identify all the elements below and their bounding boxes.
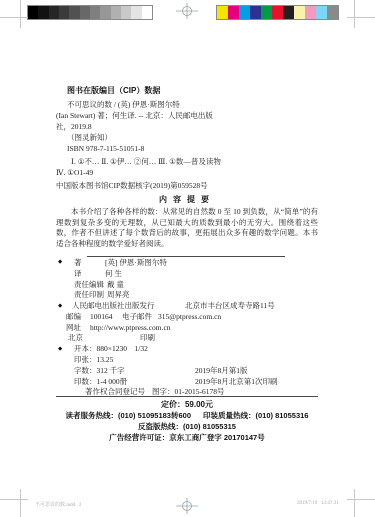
calibration-swatch: [100, 6, 110, 19]
email-label: 电子邮件: [122, 311, 158, 322]
impression: 2019年8月北京第1次印刷: [195, 376, 278, 387]
anti-piracy-hotline: 反盗版热线：(010) 81055315: [28, 421, 346, 432]
calibration-swatch: [90, 6, 100, 19]
website-value: http://www.ptpress.com.cn: [90, 323, 171, 332]
row-translator: 译 何 生: [56, 268, 318, 279]
editor-label: 责任编辑: [74, 279, 107, 290]
format-value: 开本：880×1230 1/32: [74, 343, 148, 354]
print-run: 印数：1-4 000册: [74, 376, 127, 387]
crop-mark: [354, 489, 355, 517]
crop-mark: [20, 489, 21, 517]
row-printrun-impression: 印数：1-4 000册 2019年8月北京第1次印刷: [56, 376, 318, 387]
row-editor: 责任编辑 戴 童: [56, 279, 318, 290]
calibration-swatch: [305, 6, 316, 19]
cip-line-author: (Ian Stewart) 著；何生译. -- 北京：人民邮电出版: [56, 110, 318, 121]
calibration-swatch: [49, 6, 59, 19]
email-value: 315@ptpress.com.cn: [158, 312, 221, 321]
reader-hotline: 读者服务热线：(010) 51095183转600: [66, 411, 191, 420]
calibration-swatch: [121, 6, 131, 19]
cip-block-title: 图书在版编目（CIP）数据: [67, 85, 160, 96]
crop-mark: [20, 0, 21, 28]
diamond-bullet-icon: ◆: [58, 303, 62, 309]
crop-mark: [0, 499, 28, 500]
crop-mark: [354, 0, 355, 28]
hotlines-line: 读者服务热线：(010) 51095183转600印装质量热线：(010) 81…: [28, 410, 346, 421]
row-format: ◆ 开本：880×1230 1/32: [56, 343, 318, 354]
slug-filename: 不可思议的数.indd 2: [35, 501, 81, 508]
colophon-block: ◆ 著 [英] 伊恩·斯图尔特 译 何 生 责任编辑 戴 童 责任印制 周昇亮 …: [56, 257, 318, 397]
calibration-swatch: [250, 6, 261, 19]
author-value: [英] 伊恩·斯图尔特: [105, 257, 167, 268]
calibration-swatch: [142, 6, 152, 19]
publisher-name: 人民邮电出版社出版发行: [72, 300, 155, 311]
website-label: 网址: [66, 322, 90, 333]
grayscale-calibration-bar: [28, 6, 152, 19]
cip-block: 不可思议的数 / (英) 伊恩·斯图尔特 (Ian Stewart) 著；何生译…: [56, 99, 318, 191]
print-city: 北京: [68, 332, 83, 343]
calibration-swatch: [131, 6, 141, 19]
crop-mark: [347, 17, 375, 18]
translator-value: 何 生: [105, 268, 122, 279]
cip-line-series: （图灵新知）: [56, 132, 318, 143]
author-label: 著: [74, 257, 105, 268]
divider: [56, 396, 318, 397]
row-author: ◆ 著 [英] 伊恩·斯图尔特: [56, 257, 318, 268]
calibration-swatch: [69, 6, 79, 19]
word-count: 字数：312 千字: [74, 365, 125, 376]
calibration-swatch: [283, 6, 294, 19]
publisher-address: 北京市丰台区成寿寺路11号: [185, 300, 275, 311]
row-website: 网址 http://www.ptpress.com.cn: [56, 322, 318, 333]
calibration-swatch: [272, 6, 283, 19]
calibration-swatch: [28, 6, 38, 19]
calibration-swatch: [316, 6, 327, 19]
calibration-swatch: [80, 6, 90, 19]
cip-line-record-number: 中国版本图书馆CIP数据核字(2019)第059528号: [56, 180, 318, 191]
print-supervisor-value: 周昇亮: [107, 289, 130, 300]
price: 定价：59.00元: [56, 399, 318, 410]
cip-line-classification: Ⅰ. ①不… Ⅱ. ①伊… ②何… Ⅲ. ①数—普及读物: [56, 156, 318, 167]
quality-hotline: 印装质量热线：(010) 81055316: [203, 411, 308, 420]
row-print-supervisor: 责任印制 周昇亮: [56, 289, 318, 300]
calibration-swatch: [217, 6, 228, 19]
calibration-swatch: [228, 6, 239, 19]
crop-mark: [347, 499, 375, 500]
slug-timestamp: 2019/7/19 13:47:31: [297, 501, 339, 506]
registration-mark-icon: [176, 498, 198, 514]
row-postcode-email: 邮编 100164 电子邮件 315@ptpress.com.cn: [56, 311, 318, 322]
calibration-swatch: [111, 6, 121, 19]
ad-license: 广告经营许可证：京东工商广登字 20170147号: [28, 432, 346, 443]
book-copyright-page: { "print_marks": { "grayscale_bar": ["#0…: [0, 0, 375, 517]
postcode-value: 100164: [90, 312, 122, 321]
sheets-value: 印张：13.25: [74, 354, 113, 365]
color-calibration-bar: [217, 6, 338, 19]
postcode-label: 邮编: [66, 311, 90, 322]
cip-line-class-code: Ⅳ. ①O1-49: [56, 167, 318, 178]
row-wordcount-edition: 字数：312 千字 2019年8月第1版: [56, 365, 318, 376]
calibration-swatch: [239, 6, 250, 19]
print-supervisor-label: 责任印制: [74, 289, 107, 300]
print-word: 印刷: [140, 332, 155, 343]
calibration-swatch: [261, 6, 272, 19]
editor-value: 戴 童: [107, 279, 124, 290]
calibration-swatch: [59, 6, 69, 19]
row-sheets: 印张：13.25: [56, 354, 318, 365]
calibration-swatch: [294, 6, 305, 19]
cip-line-title: 不可思议的数 / (英) 伊恩·斯图尔特: [56, 99, 318, 110]
calibration-swatch: [327, 6, 338, 19]
abstract-title: 内容提要: [56, 194, 318, 205]
cip-line-isbn: ISBN 978-7-115-51051-8: [56, 143, 318, 154]
calibration-swatch: [38, 6, 48, 19]
crop-mark: [0, 17, 28, 18]
row-publisher: ◆ 人民邮电出版社出版发行 北京市丰台区成寿寺路11号: [56, 300, 318, 311]
diamond-bullet-icon: ◆: [58, 346, 62, 352]
edition: 2019年8月第1版: [195, 365, 248, 376]
cip-line-year: 社，2019.8: [56, 121, 318, 132]
translator-label: 译: [74, 268, 105, 279]
registration-mark-icon: [176, 3, 198, 19]
row-printer: 北京 印刷: [56, 333, 318, 344]
diamond-bullet-icon: ◆: [58, 259, 62, 265]
abstract-body: 本书介绍了各种各样的数：从常见的自然数 0 至 10 到负数，从“简单”的有理数…: [56, 207, 318, 249]
